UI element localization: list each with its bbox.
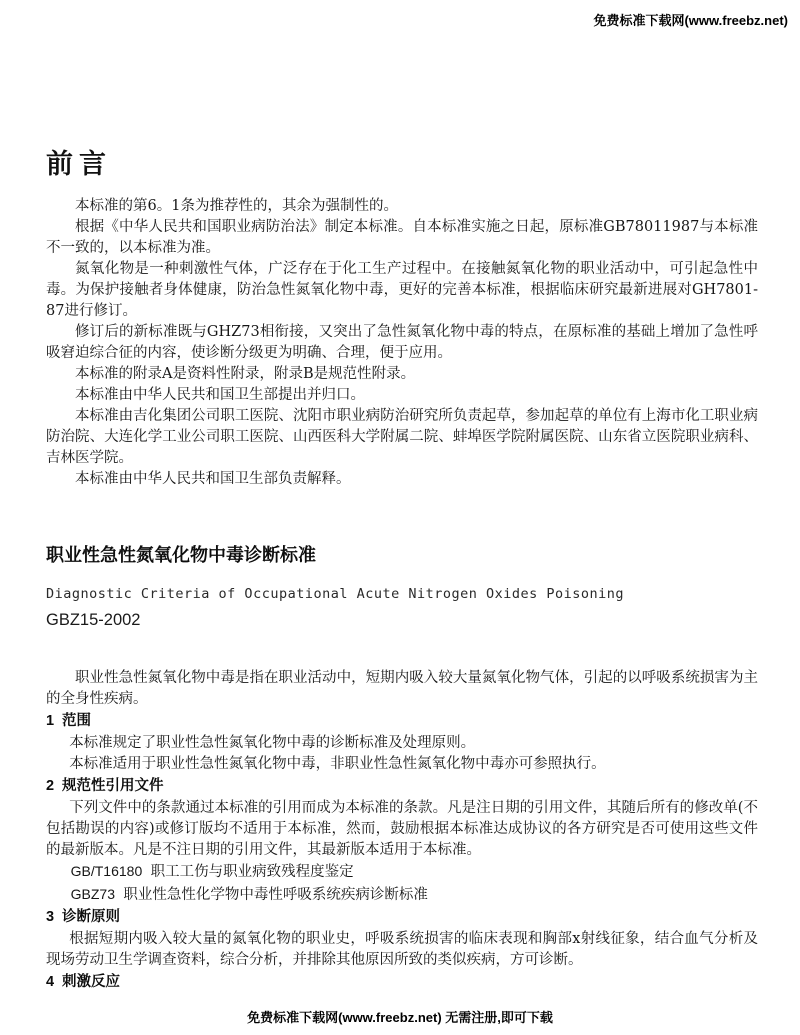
section-normative-references: 2规范性引用文件 下列文件中的条款通过本标准的引用而成为本标准的条款。凡是注日期… xyxy=(46,776,758,906)
section-title: 诊断原则 xyxy=(62,909,120,925)
standard-code: GBZ15-2002 xyxy=(46,611,758,630)
foreword-body: 本标准的第6。1条为推荐性的，其余为强制性的。 根据《中华人民共和国职业病防治法… xyxy=(46,196,758,490)
reference-title: 职工工伤与职业病致残程度鉴定 xyxy=(151,864,354,880)
section-heading: 2规范性引用文件 xyxy=(46,776,758,797)
section-title: 规范性引用文件 xyxy=(62,778,164,794)
reference-item: GBZ73职业性急性化学物中毒性呼吸系统疾病诊断标准 xyxy=(46,884,758,907)
section-scope: 1范围 本标准规定了职业性急性氮氧化物中毒的诊断标准及处理原则。 本标准适用于职… xyxy=(46,711,758,775)
section-diagnostic-principles: 3诊断原则 根据短期内吸入较大量的氮氧化物的职业史，呼吸系统损害的临床表现和胸部… xyxy=(46,907,758,971)
section-title: 刺激反应 xyxy=(62,974,120,990)
foreword-paragraph: 本标准由中华人民共和国卫生部负责解释。 xyxy=(46,469,758,490)
foreword-paragraph: 本标准的附录A是资料性附录，附录B是规范性附录。 xyxy=(46,364,758,385)
section-title: 范围 xyxy=(62,713,91,729)
reference-title: 职业性急性化学物中毒性呼吸系统疾病诊断标准 xyxy=(123,887,428,903)
standard-intro: 职业性急性氮氧化物中毒是指在职业活动中，短期内吸入较大量氮氧化物气体，引起的以呼… xyxy=(46,668,758,710)
standard-title-en: Diagnostic Criteria of Occupational Acut… xyxy=(46,586,758,602)
section-paragraph: 本标准适用于职业性急性氮氧化物中毒，非职业性急性氮氧化物中毒亦可参照执行。 xyxy=(46,754,758,775)
section-paragraph: 本标准规定了职业性急性氮氧化物中毒的诊断标准及处理原则。 xyxy=(46,733,758,754)
foreword-paragraph: 氮氧化物是一种刺激性气体，广泛存在于化工生产过程中。在接触氮氧化物的职业活动中，… xyxy=(46,259,758,322)
section-heading: 4刺激反应 xyxy=(46,972,758,993)
reference-code: GBZ73 xyxy=(71,886,115,902)
section-irritation-response: 4刺激反应 xyxy=(46,972,758,993)
page-content: 前言 本标准的第6。1条为推荐性的，其余为强制性的。 根据《中华人民共和国职业病… xyxy=(46,0,758,994)
section-heading: 1范围 xyxy=(46,711,758,732)
foreword-paragraph: 修订后的新标准既与GHZ73相衔接，又突出了急性氮氧化物中毒的特点，在原标准的基… xyxy=(46,322,758,364)
foreword-title: 前言 xyxy=(46,148,758,182)
section-number: 3 xyxy=(46,909,54,925)
foreword-paragraph: 本标准由中华人民共和国卫生部提出并归口。 xyxy=(46,385,758,406)
foreword-paragraph: 根据《中华人民共和国职业病防治法》制定本标准。自本标准实施之日起，原标准GB78… xyxy=(46,217,758,259)
section-number: 2 xyxy=(46,778,54,794)
standard-title-cn: 职业性急性氮氧化物中毒诊断标准 xyxy=(46,543,758,567)
section-number: 4 xyxy=(46,974,54,990)
foreword-paragraph: 本标准由吉化集团公司职工医院、沈阳市职业病防治研究所负责起草，参加起草的单位有上… xyxy=(46,406,758,469)
section-paragraph: 根据短期内吸入较大量的氮氧化物的职业史，呼吸系统损害的临床表现和胸部x射线征象，… xyxy=(46,929,758,971)
section-number: 1 xyxy=(46,713,54,729)
section-heading: 3诊断原则 xyxy=(46,907,758,928)
reference-item: GB/T16180职工工伤与职业病致残程度鉴定 xyxy=(46,861,758,884)
section-paragraph: 下列文件中的条款通过本标准的引用而成为本标准的条款。凡是注日期的引用文件，其随后… xyxy=(46,798,758,861)
footer-site-note: 免费标准下载网(www.freebz.net) 无需注册,即可下载 xyxy=(0,1007,800,1026)
foreword-paragraph: 本标准的第6。1条为推荐性的，其余为强制性的。 xyxy=(46,196,758,217)
reference-code: GB/T16180 xyxy=(71,863,143,879)
